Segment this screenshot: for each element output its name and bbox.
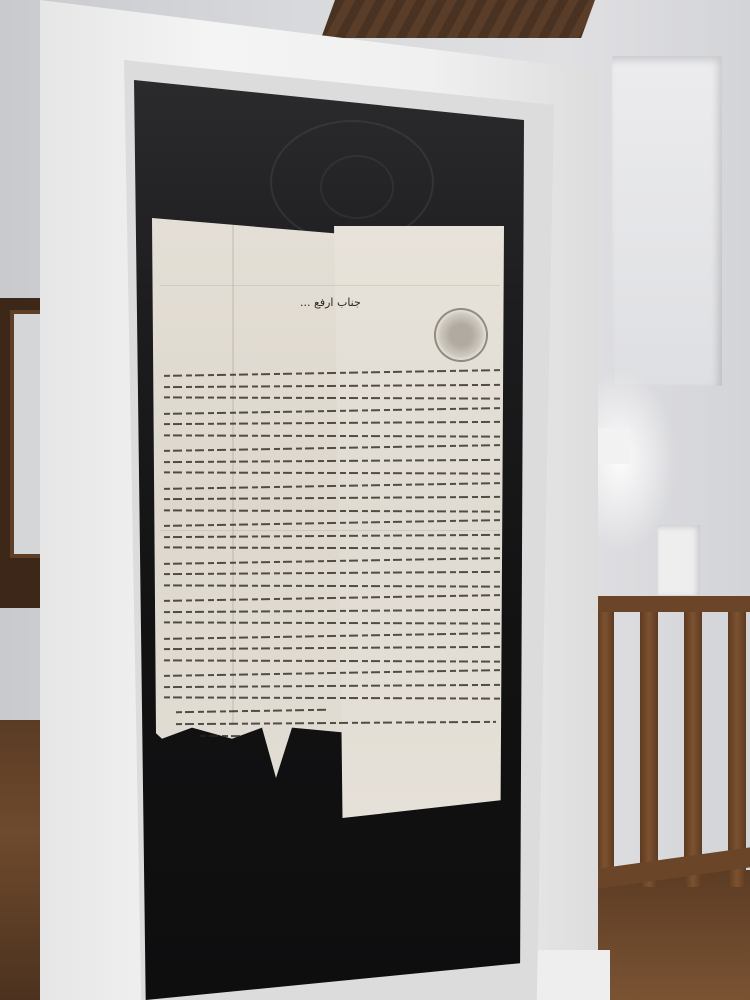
ink-seal [434, 308, 488, 362]
wall-lamp [596, 428, 630, 464]
paper-fold [160, 530, 500, 531]
baluster [728, 612, 746, 887]
manuscript-heading: جناب ارفع ... [300, 296, 361, 309]
paper-fold [160, 285, 500, 286]
stair-handrail [580, 596, 750, 612]
baluster [596, 612, 614, 887]
frame-base [530, 950, 610, 1000]
baluster [684, 612, 702, 887]
wooden-ceiling-beam [321, 0, 595, 38]
paper-fold [232, 225, 234, 725]
handwriting-line [200, 734, 240, 736]
baluster [640, 612, 658, 887]
small-wall-niche [658, 525, 700, 595]
backdrop-watermark-inner [320, 155, 394, 219]
wall-niche [612, 56, 722, 386]
